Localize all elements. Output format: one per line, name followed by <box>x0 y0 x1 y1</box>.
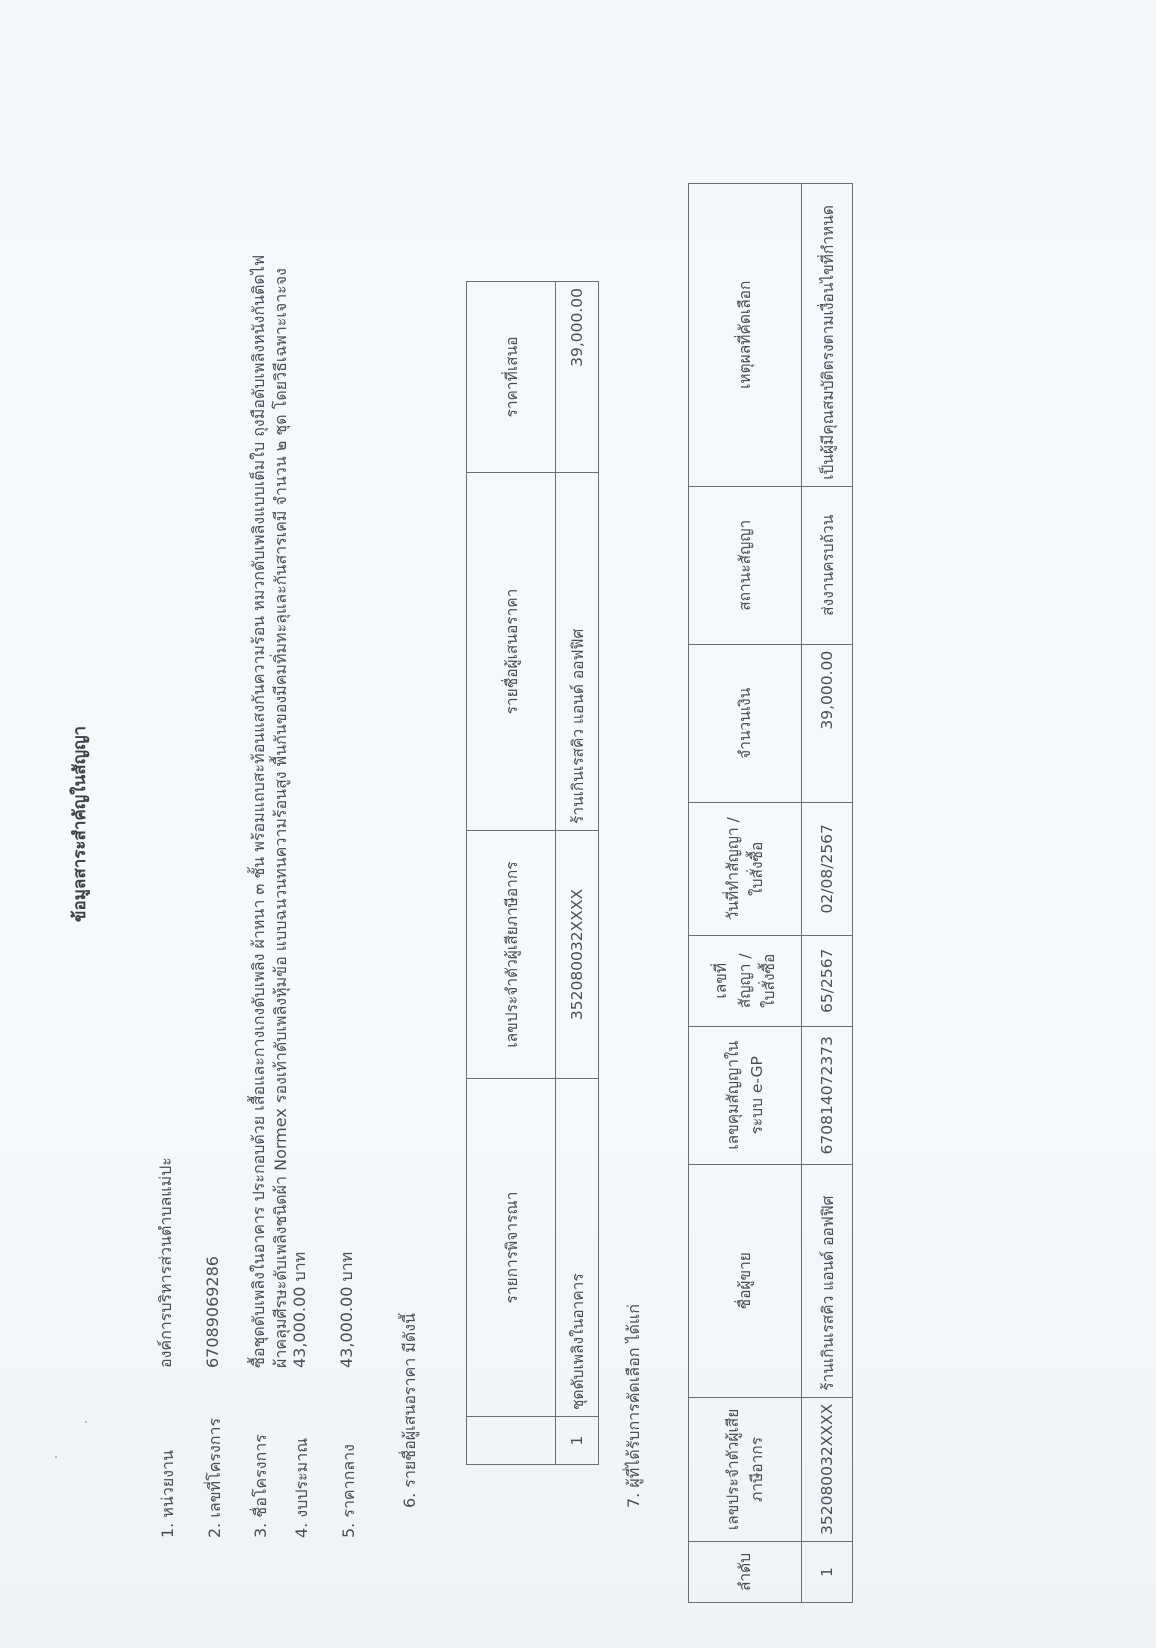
budget-label: 4. งบประมาณ <box>290 1363 315 1538</box>
cell-reason: เป็นผู้มีคุณสมบัติตรงตามเงื่อนไขที่กำหนด <box>802 183 853 486</box>
col-item: รายการพิจารณา <box>467 1079 556 1417</box>
median-price-value: 43,000.00 บาท <box>337 1252 357 1368</box>
col-bidder-name: รายชื่อผู้เสนอราคา <box>467 473 556 831</box>
cell-vendor: ร้านเกินเรสคิว แอนด์ ออฟฟิศ <box>802 1164 853 1397</box>
scan-speck <box>55 1456 57 1458</box>
document-page: ข้อมูลสาระสำคัญในสัญญา 1. หน่วยงาน องค์ก… <box>0 0 1156 1648</box>
agency-value: องค์การบริหารส่วนตำบลแม่ปะ <box>156 1157 176 1368</box>
project-number-label: 2. เลขที่โครงการ <box>203 1363 228 1538</box>
section6-label: 6. รายชื่อผู้เสนอราคา มีดังนี้ <box>398 1313 423 1508</box>
cell-contract-number: 65/2567 <box>802 935 853 1026</box>
cell-tax-id: 352080032XXXX <box>556 831 599 1079</box>
cell-item: ชุดดับเพลิงในอาคาร <box>556 1079 599 1417</box>
col-contract-number: เลขที่สัญญา / ใบสั่งซื้อ <box>689 935 802 1026</box>
cell-bidder-name: ร้านเกินเรสคิว แอนด์ ออฟฟิศ <box>556 473 599 831</box>
bidder-table: รายการพิจารณา เลขประจำตัวผู้เสียภาษีอากร… <box>466 281 599 1465</box>
cell-index: 1 <box>556 1417 599 1465</box>
budget-value: 43,000.00 บาท <box>290 1252 310 1368</box>
cell-egp-number: 670814072373 <box>802 1026 853 1164</box>
cell-contract-date: 02/08/2567 <box>802 802 853 935</box>
scan-speck <box>85 1421 87 1423</box>
bidder-table-header: รายการพิจารณา เลขประจำตัวผู้เสียภาษีอากร… <box>467 282 556 1465</box>
section7-label: 7. ผู้ที่ได้รับการคัดเลือก ได้แก่ <box>622 1304 647 1508</box>
table-row: 1 ชุดดับเพลิงในอาคาร 352080032XXXX ร้านเ… <box>556 282 599 1465</box>
col-order: ลำดับ <box>689 1542 802 1603</box>
col-tax-id: เลขประจำตัวผู้เสียภาษีอากร <box>467 831 556 1079</box>
cell-order: 1 <box>802 1542 853 1603</box>
col-bid-price: ราคาที่เสนอ <box>467 282 556 473</box>
project-name-label: 3. ชื่อโครงการ <box>249 1363 274 1538</box>
agency-label: 1. หน่วยงาน <box>156 1363 181 1538</box>
table-row: 1 352080032XXXX ร้านเกินเรสคิว แอนด์ ออฟ… <box>802 183 853 1602</box>
median-price-label: 5. ราคากลาง <box>337 1363 362 1538</box>
cell-bid-price: 39,000.00 <box>556 282 599 473</box>
col-status: สถานะสัญญา <box>689 486 802 644</box>
col-egp-number: เลขคุมสัญญาในระบบ e-GP <box>689 1026 802 1164</box>
project-name-line-2: ผ้าคลุมศีรษะดับเพลิงชนิดผ้า Normex รองเท… <box>271 268 291 1368</box>
winner-table: ลำดับ เลขประจำตัวผู้เสียภาษีอากร ชื่อผู้… <box>688 183 853 1603</box>
cell-tax-id: 352080032XXXX <box>802 1397 853 1541</box>
col-contract-date: วันที่ทำสัญญา / ใบสั่งซื้อ <box>689 802 802 935</box>
col-amount: จำนวนเงิน <box>689 644 802 802</box>
project-number-value: 67089069286 <box>203 1256 223 1368</box>
cell-status: ส่งงานครบถ้วน <box>802 486 853 644</box>
col-vendor: ชื่อผู้ขาย <box>689 1164 802 1397</box>
col-tax-id: เลขประจำตัวผู้เสียภาษีอากร <box>689 1397 802 1541</box>
document-title: ข้อมูลสาระสำคัญในสัญญา <box>66 0 93 1648</box>
col-reason: เหตุผลที่คัดเลือก <box>689 183 802 486</box>
cell-amount: 39,000.00 <box>802 644 853 802</box>
project-name-line-1: ซื้อชุดดับเพลิงในอาคาร ประกอบด้วย เสื้อแ… <box>249 255 269 1368</box>
col-index <box>467 1417 556 1465</box>
winner-table-header: ลำดับ เลขประจำตัวผู้เสียภาษีอากร ชื่อผู้… <box>689 183 802 1602</box>
